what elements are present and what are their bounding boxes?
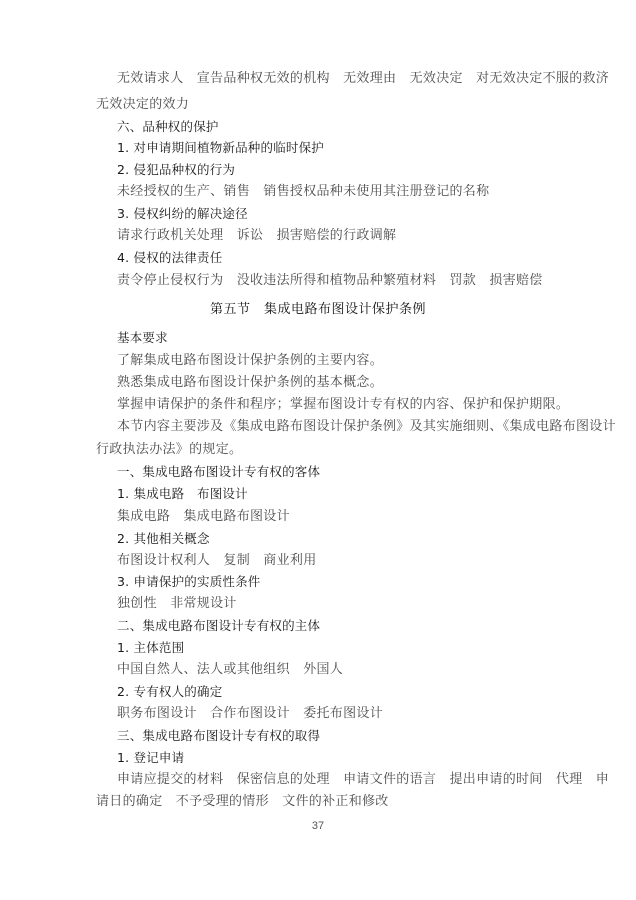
body-text-related-concepts: 布图设计权利人 复制 商业利用: [117, 550, 569, 572]
requirement-familiar: 熟悉集成电路布图设计保护条例的基本概念。: [117, 372, 569, 394]
body-text-subject-scope: 中国自然人、法人或其他组织 外国人: [117, 659, 569, 681]
body-text-application-items-continued: 请日的确定 不予受理的情形 文件的补正和修改: [96, 791, 548, 813]
subheading-related-concepts: 2. 其他相关概念: [117, 528, 569, 550]
body-text-right-holder-determination: 职务布图设计 合作布图设计 委托布图设计: [117, 703, 569, 725]
subheading-dispute-resolution: 3. 侵权纠纷的解决途径: [117, 203, 569, 225]
body-text-dispute-resolution: 请求行政机关处理 诉讼 损害赔偿的行政调解: [117, 225, 569, 247]
heading-basic-requirements: 基本要求: [117, 327, 569, 349]
document-page: 无效请求人 宣告品种权无效的机构 无效理由 无效决定 对无效决定不服的救济 无效…: [0, 0, 636, 900]
body-text-scope-continued: 行政执法办法》的规定。: [96, 439, 548, 461]
body-text-scope: 本节内容主要涉及《集成电路布图设计保护条例》及其实施细则、《集成电路布图设计: [117, 416, 569, 438]
subheading-provisional-protection: 1. 对申请期间植物新品种的临时保护: [117, 137, 569, 159]
subheading-legal-liability: 4. 侵权的法律责任: [117, 247, 569, 269]
subheading-right-holder-determination: 2. 专有权人的确定: [117, 681, 569, 703]
page-number: 37: [0, 820, 636, 832]
subheading-ic-layout-design: 1. 集成电路 布图设计: [117, 483, 569, 505]
heading-subject-of-right: 二、集成电路布图设计专有权的主体: [117, 615, 569, 637]
subheading-subject-scope: 1. 主体范围: [117, 637, 569, 659]
subheading-infringing-acts: 2. 侵犯品种权的行为: [117, 159, 569, 181]
body-text-ic-layout-design: 集成电路 集成电路布图设计: [117, 506, 569, 528]
body-text-legal-liability: 责令停止侵权行为 没收违法所得和植物品种繁殖材料 罚款 损害赔偿: [117, 270, 569, 292]
requirement-master: 掌握申请保护的条件和程序；掌握布图设计专有权的内容、保护和保护期限。: [117, 394, 569, 416]
requirement-understand: 了解集成电路布图设计保护条例的主要内容。: [117, 350, 569, 372]
subheading-substantive-conditions: 3. 申请保护的实质性条件: [117, 571, 569, 593]
heading-object-of-right: 一、集成电路布图设计专有权的客体: [117, 461, 569, 483]
heading-variety-right-protection: 六、品种权的保护: [117, 116, 569, 138]
section-title: 第五节 集成电路布图设计保护条例: [0, 299, 636, 321]
body-text-invalidation-items: 无效请求人 宣告品种权无效的机构 无效理由 无效决定 对无效决定不服的救济: [117, 68, 569, 90]
subheading-registration-application: 1. 登记申请: [117, 747, 569, 769]
heading-acquisition-of-right: 三、集成电路布图设计专有权的取得: [117, 725, 569, 747]
body-text-infringing-acts: 未经授权的生产、销售 销售授权品种未使用其注册登记的名称: [117, 181, 569, 203]
body-text-application-items: 申请应提交的材料 保密信息的处理 申请文件的语言 提出申请的时间 代理 申: [117, 769, 569, 791]
body-text-invalidation-effect: 无效决定的效力: [96, 94, 548, 116]
body-text-substantive-conditions: 独创性 非常规设计: [117, 593, 569, 615]
